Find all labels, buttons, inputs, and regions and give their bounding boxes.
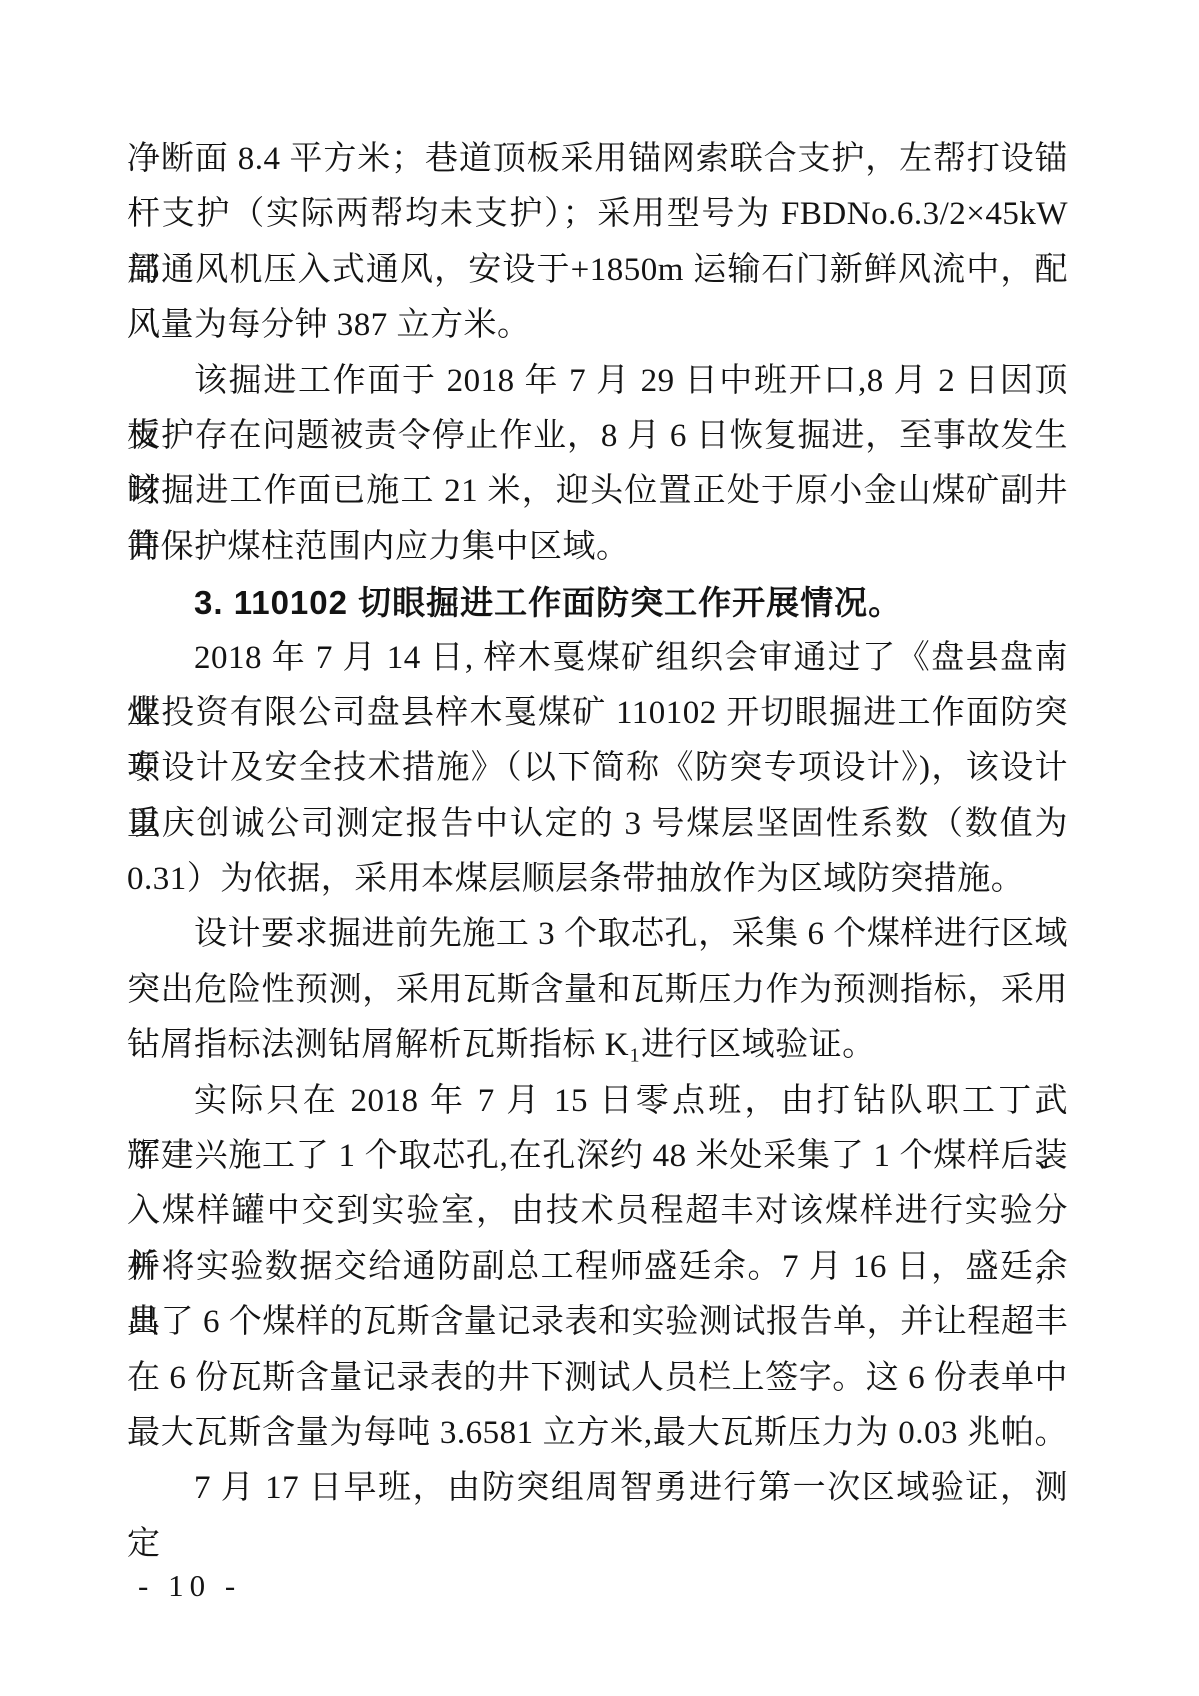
text-line: 钻屑指标法测钻屑解析瓦斯指标 K₁进行区域验证。 (127, 1018, 1068, 1073)
page-number: - 10 - (138, 1568, 241, 1604)
text-line: 重庆创诚公司测定报告中认定的 3 号煤层坚固性系数（数值为 (127, 797, 1068, 852)
paragraph: 实际只在 2018 年 7 月 15 日零点班，由打钻队职工丁武辉、 丁建兴施工… (127, 1074, 1068, 1462)
paragraph: 设计要求掘进前先施工 3 个取芯孔，采集 6 个煤样进行区域 突出危险性预测，采… (127, 907, 1068, 1073)
section-heading-text: 3. 110102 切眼掘进工作面防突工作开展情况。 (127, 575, 1068, 630)
text-line: 该掘进工作面于 2018 年 7 月 29 日中班开口,8 月 2 日因顶板 (127, 354, 1068, 409)
text-line: 7 月 17 日早班，由防突组周智勇进行第一次区域验证，测定 (127, 1461, 1068, 1516)
text-line: 最大瓦斯含量为每吨 3.6581 立方米,最大瓦斯压力为 0.03 兆帕。 (127, 1406, 1068, 1461)
paragraph: 净断面 8.4 平方米；巷道顶板采用锚网索联合支护，左帮打设锚 杆支护（实际两帮… (127, 132, 1068, 354)
text-line: 业投资有限公司盘县梓木戛煤矿 110102 开切眼掘进工作面防突专 (127, 686, 1068, 741)
text-line: 净断面 8.4 平方米；巷道顶板采用锚网索联合支护，左帮打设锚 (127, 132, 1068, 187)
text-line: 突出危险性预测，采用瓦斯含量和瓦斯压力作为预测指标，采用 (127, 963, 1068, 1018)
text-line: 杆支护（实际两帮均未支护）；采用型号为 FBDNo.6.3/2×45kW 局 (127, 187, 1068, 242)
paragraph: 7 月 17 日早班，由防突组周智勇进行第一次区域验证，测定 (127, 1461, 1068, 1516)
section-heading: 3. 110102 切眼掘进工作面防突工作开展情况。 (127, 575, 1068, 630)
text-line: 0.31）为依据，采用本煤层顺层条带抽放作为区域防突措施。 (127, 852, 1068, 907)
text-line: 该掘进工作面已施工 21 米，迎头位置正处于原小金山煤矿副井井 (127, 464, 1068, 519)
paragraph: 2018 年 7 月 14 日, 梓木戛煤矿组织会审通过了《盘县盘南煤 业投资有… (127, 631, 1068, 908)
text-line: 项设计及安全技术措施》（以下简称《防突专项设计》)，该设计以 (127, 741, 1068, 796)
text-line: 在 6 份瓦斯含量记录表的井下测试人员栏上签字。这 6 份表单中 (127, 1351, 1068, 1406)
text-line: 筒保护煤柱范围内应力集中区域。 (127, 520, 1068, 575)
paragraph: 该掘进工作面于 2018 年 7 月 29 日中班开口,8 月 2 日因顶板 支… (127, 354, 1068, 576)
text-line: 丁建兴施工了 1 个取芯孔,在孔深约 48 米处采集了 1 个煤样后装 (127, 1129, 1068, 1184)
text-line: 设计要求掘进前先施工 3 个取芯孔，采集 6 个煤样进行区域 (127, 907, 1068, 962)
text-line: 部通风机压入式通风，安设于+1850m 运输石门新鲜风流中，配风 (127, 243, 1068, 298)
document-page: 净断面 8.4 平方米；巷道顶板采用锚网索联合支护，左帮打设锚 杆支护（实际两帮… (0, 0, 1199, 1696)
text-line: 风量为每分钟 387 立方米。 (127, 298, 1068, 353)
text-line: 具了 6 个煤样的瓦斯含量记录表和实验测试报告单，并让程超丰 (127, 1295, 1068, 1350)
text-line: 实际只在 2018 年 7 月 15 日零点班，由打钻队职工丁武辉、 (127, 1074, 1068, 1129)
text-line: 2018 年 7 月 14 日, 梓木戛煤矿组织会审通过了《盘县盘南煤 (127, 631, 1068, 686)
text-line: 支护存在问题被责令停止作业，8 月 6 日恢复掘进，至事故发生时 (127, 409, 1068, 464)
text-line: 入煤样罐中交到实验室，由技术员程超丰对该煤样进行实验分析， (127, 1184, 1068, 1239)
text-block: 净断面 8.4 平方米；巷道顶板采用锚网索联合支护，左帮打设锚 杆支护（实际两帮… (127, 132, 1068, 1517)
text-line: 并将实验数据交给通防副总工程师盛廷余。7 月 16 日，盛廷余出 (127, 1240, 1068, 1295)
